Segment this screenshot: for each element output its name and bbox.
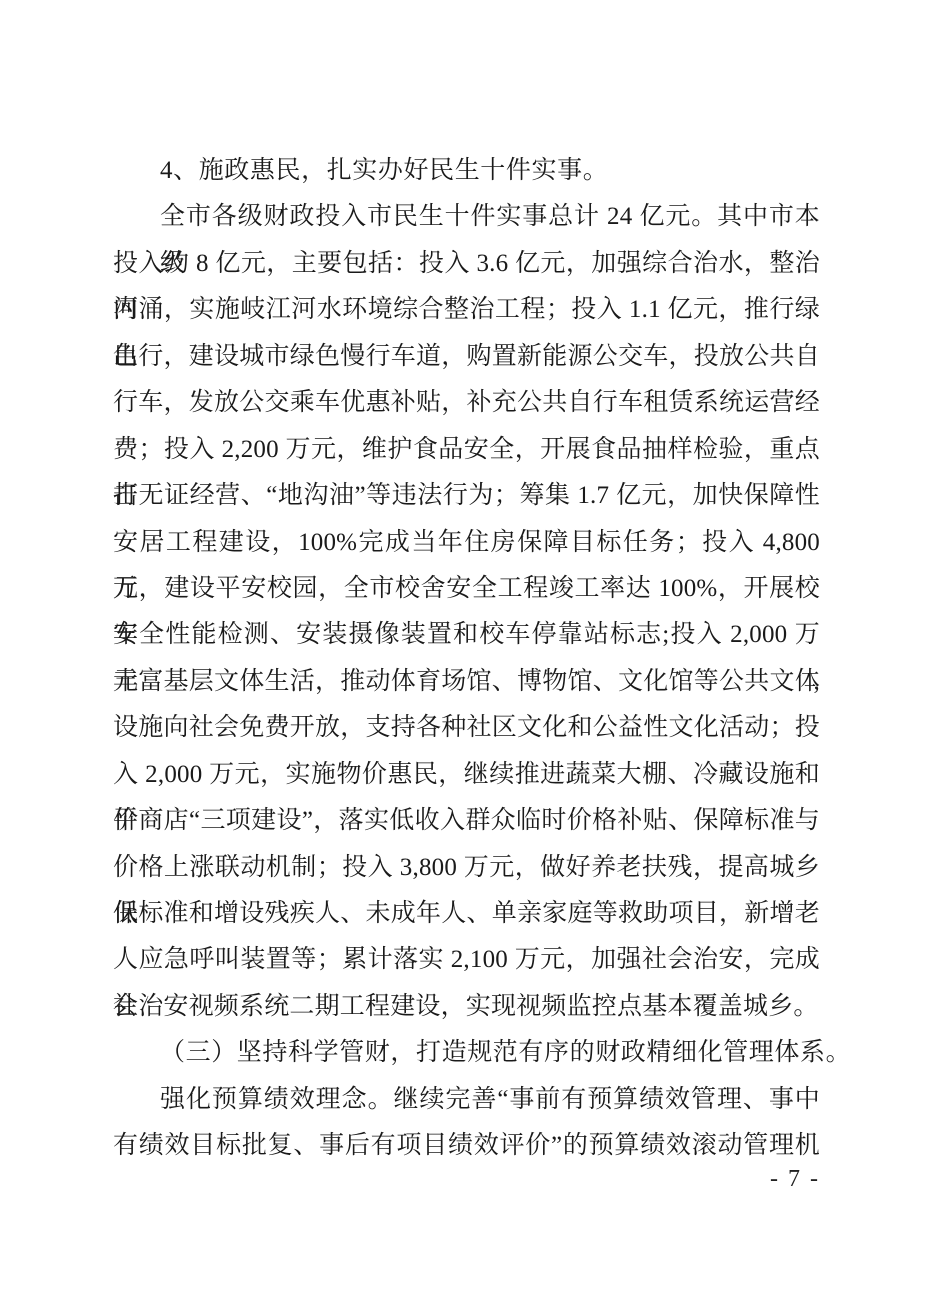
document-body: 4、施政惠民，扎实办好民生十件实事。全市各级财政投入市民生十件实事总计 24 亿… bbox=[113, 148, 820, 1170]
body-line: 全市各级财政投入市民生十件实事总计 24 亿元。其中市本级 bbox=[113, 194, 820, 240]
body-line: 元，建设平安校园，全市校舍安全工程竣工率达 100%，开展校车 bbox=[113, 566, 820, 612]
body-line: 丰富基层文体生活，推动体育场馆、博物馆、文化馆等公共文体 bbox=[113, 659, 820, 705]
body-line: 行车，发放公交乘车优惠补贴，补充公共自行车租赁系统运营经 bbox=[113, 380, 820, 426]
heading-line: （三）坚持科学管财，打造规范有序的财政精细化管理体系。 bbox=[113, 1030, 820, 1076]
heading-line: 4、施政惠民，扎实办好民生十件实事。 bbox=[113, 148, 820, 194]
body-line: 强化预算绩效理念。继续完善“事前有预算绩效管理、事中 bbox=[113, 1077, 820, 1123]
body-line: 费；投入 2,200 万元，维护食品安全，开展食品抽样检验，重点打 bbox=[113, 427, 820, 473]
body-line: 保标准和增设残疾人、未成年人、单亲家庭等救助项目，新增老 bbox=[113, 891, 820, 937]
document-page: 4、施政惠民，扎实办好民生十件实事。全市各级财政投入市民生十件实事总计 24 亿… bbox=[0, 0, 926, 1309]
body-line: 有绩效目标批复、事后有项目绩效评价”的预算绩效滚动管理机 bbox=[113, 1123, 820, 1169]
body-line: 投入约 8 亿元，主要包括：投入 3.6 亿元，加强综合治水，整治内 bbox=[113, 241, 820, 287]
body-line: 设施向社会免费开放，支持各种社区文化和公益性文化活动；投 bbox=[113, 705, 820, 751]
body-line: 价格上涨联动机制；投入 3,800 万元，做好养老扶残，提高城乡低 bbox=[113, 845, 820, 891]
body-line: 出行，建设城市绿色慢行车道，购置新能源公交车，投放公共自 bbox=[113, 334, 820, 380]
body-line: 入 2,000 万元，实施物价惠民，继续推进蔬菜大棚、冷藏设施和平 bbox=[113, 752, 820, 798]
body-line: 价商店“三项建设”，落实低收入群众临时价格补贴、保障标准与 bbox=[113, 798, 820, 844]
body-line: 河涌，实施岐江河水环境综合整治工程；投入 1.1 亿元，推行绿色 bbox=[113, 287, 820, 333]
body-line: 击无证经营、“地沟油”等违法行为；筹集 1.7 亿元，加快保障性 bbox=[113, 473, 820, 519]
body-line: 安居工程建设，100%完成当年住房保障目标任务；投入 4,800 万 bbox=[113, 520, 820, 566]
page-number: - 7 - bbox=[770, 1163, 820, 1195]
body-line: 人应急呼叫装置等；累计落实 2,100 万元，加强社会治安，完成社 bbox=[113, 937, 820, 983]
body-line: 安全性能检测、安装摄像装置和校车停靠站标志;投入 2,000 万元, bbox=[113, 612, 820, 658]
body-line: 会治安视频系统二期工程建设，实现视频监控点基本覆盖城乡。 bbox=[113, 984, 820, 1030]
